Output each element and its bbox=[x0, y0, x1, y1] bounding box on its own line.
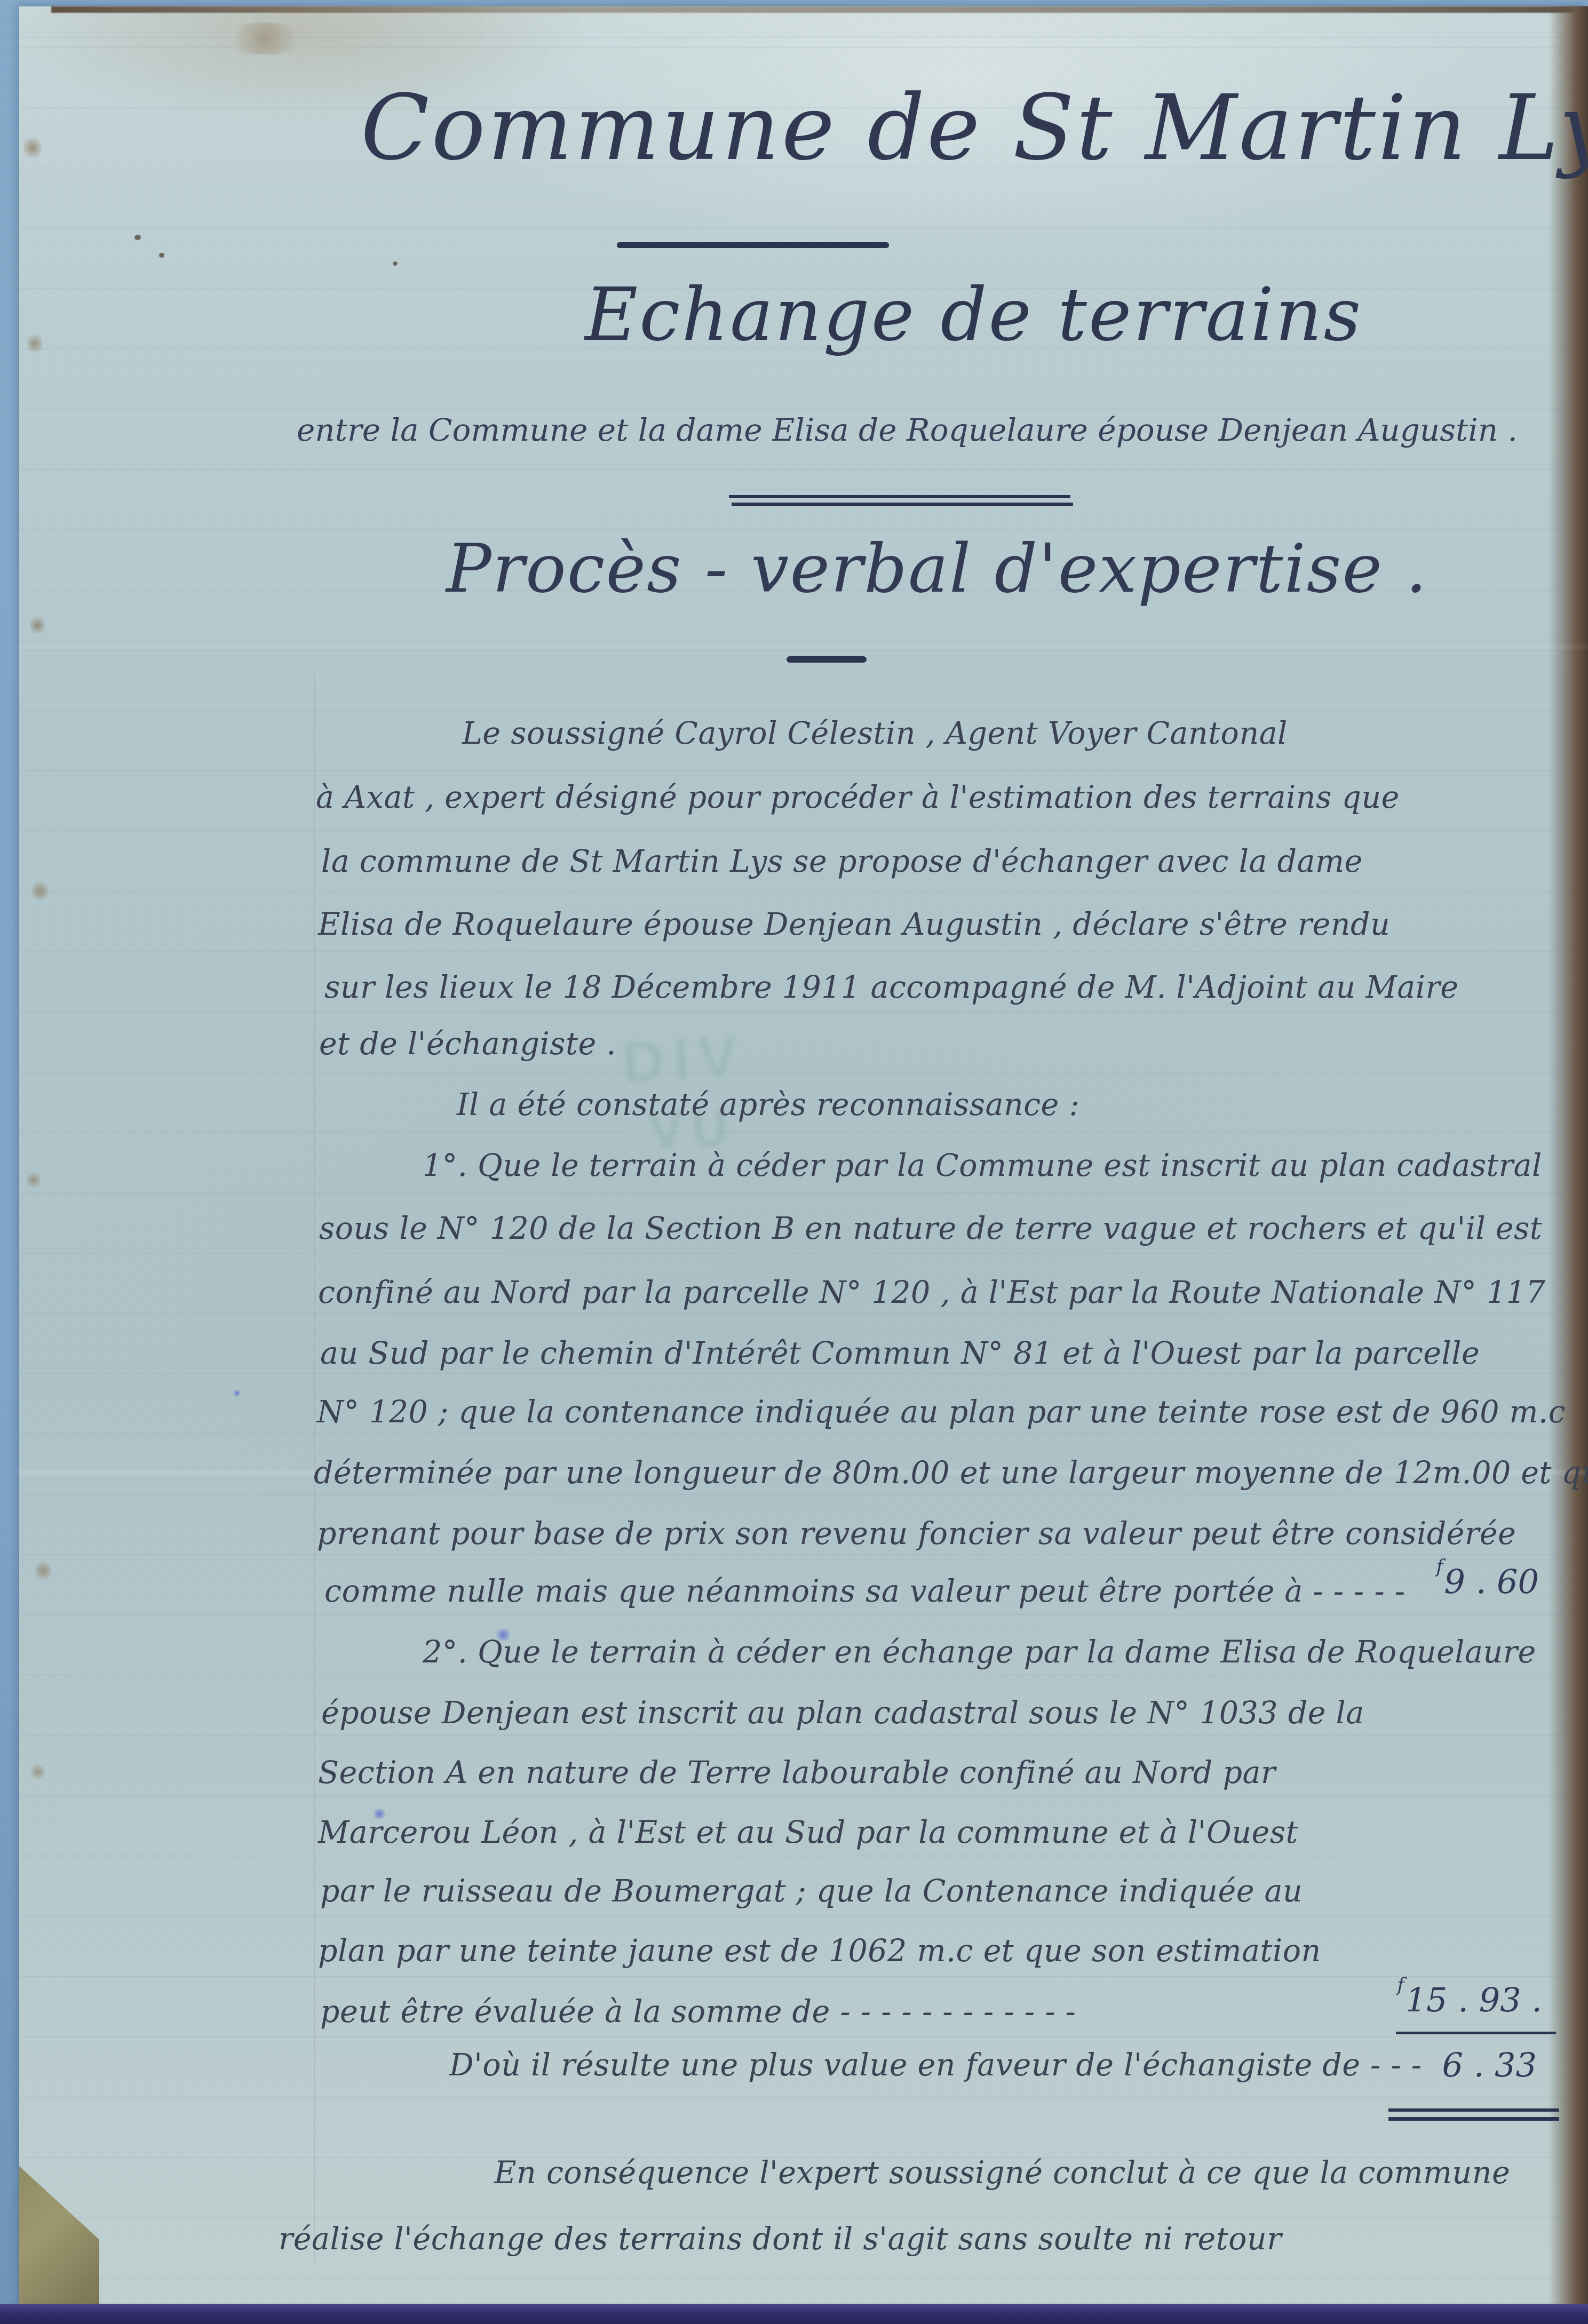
manuscript-line: 2°. Que le terrain à céder en échange pa… bbox=[423, 1635, 1536, 1670]
amount-value: 15 . 93 . bbox=[1406, 1980, 1542, 2019]
total-double-rule-bottom bbox=[1388, 2117, 1559, 2121]
manuscript-line: à Axat , expert désigné pour procéder à … bbox=[316, 780, 1400, 815]
manuscript-line: prenant pour base de prix son revenu fon… bbox=[317, 1516, 1516, 1551]
commune-title: Commune de St Martin Lys. bbox=[361, 76, 1588, 180]
amount-second-parcel: f15 . 93 . bbox=[1397, 1980, 1542, 2019]
paper-crease bbox=[19, 646, 1588, 649]
subtitle-double-rule-top bbox=[729, 495, 1070, 498]
sum-rule bbox=[1396, 2032, 1556, 2034]
manuscript-line: Marcerou Léon , à l'Est et au Sud par la… bbox=[318, 1815, 1298, 1850]
manuscript-line: épouse Denjean est inscrit au plan cadas… bbox=[321, 1696, 1364, 1731]
manuscript-paper: DIV VU Commune de St Martin Lys. Echange… bbox=[19, 6, 1588, 2307]
title-underline bbox=[617, 242, 889, 248]
section-heading: Procès - verbal d'expertise . bbox=[446, 529, 1428, 608]
subtitle-double-rule-bottom bbox=[732, 503, 1073, 506]
stamp-bleedthrough: DIV bbox=[621, 1022, 748, 1096]
manuscript-line: Elisa de Roquelaure épouse Denjean Augus… bbox=[318, 907, 1390, 942]
stain-spot bbox=[35, 1559, 51, 1582]
manuscript-line: comme nulle mais que néanmoins sa valeur… bbox=[324, 1574, 1406, 1609]
ink-smudge bbox=[233, 1389, 241, 1397]
stain-spot bbox=[31, 1762, 45, 1782]
stain-spot bbox=[27, 1169, 41, 1191]
document-title: Echange de terrains bbox=[585, 273, 1362, 357]
stain-spot bbox=[23, 134, 42, 161]
manuscript-line: N° 120 ; que la contenance indiquée au p… bbox=[317, 1395, 1566, 1430]
franc-symbol: f bbox=[1436, 1556, 1443, 1578]
document-subtitle: entre la Commune et la dame Elisa de Roq… bbox=[297, 412, 1518, 448]
stain-spot bbox=[32, 879, 48, 903]
manuscript-line: 1°. Que le terrain à céder par la Commun… bbox=[423, 1148, 1542, 1183]
pinhole-speck bbox=[159, 253, 164, 258]
manuscript-line: au Sud par le chemin d'Intérêt Commun N°… bbox=[320, 1336, 1480, 1371]
total-double-rule-top bbox=[1388, 2108, 1559, 2112]
manuscript-line: confiné au Nord par la parcelle N° 120 ,… bbox=[318, 1275, 1545, 1310]
section-underline bbox=[787, 656, 867, 663]
manuscript-line: sur les lieux le 18 Décembre 1911 accomp… bbox=[324, 970, 1459, 1005]
manuscript-line: sous le N° 120 de la Section B en nature… bbox=[319, 1211, 1542, 1246]
paper-top-edge bbox=[51, 6, 1588, 13]
stain-spot bbox=[27, 332, 43, 355]
manuscript-line: déterminée par une longueur de 80m.00 et… bbox=[314, 1455, 1588, 1491]
stain-spot bbox=[222, 22, 307, 54]
amount-first-parcel: f9 . 60 bbox=[1436, 1562, 1539, 1601]
pinhole-speck bbox=[393, 261, 398, 266]
manuscript-line: D'où il résulte une plus value en faveur… bbox=[449, 2048, 1422, 2083]
amount-plus-value: 6 . 33 bbox=[1442, 2046, 1537, 2084]
amount-value: 6 . 33 bbox=[1442, 2046, 1537, 2084]
manuscript-line: par le ruisseau de Boumergat ; que la Co… bbox=[320, 1874, 1303, 1909]
scan-bed-bottom-band bbox=[0, 2304, 1588, 2324]
manuscript-line: et de l'échangiste . bbox=[319, 1026, 616, 1062]
amount-value: 9 . 60 bbox=[1444, 1562, 1539, 1601]
manuscript-line: plan par une teinte jaune est de 1062 m.… bbox=[318, 1933, 1321, 1969]
manuscript-line: la commune de St Martin Lys se propose d… bbox=[321, 844, 1363, 879]
manuscript-line: réalise l'échange des terrains dont il s… bbox=[279, 2222, 1282, 2257]
manuscript-line: peut être évaluée à la somme de - - - - … bbox=[320, 1994, 1076, 2029]
paper-folded-corner bbox=[19, 2166, 99, 2307]
pinhole-speck bbox=[134, 235, 141, 240]
manuscript-line: Le soussigné Cayrol Célestin , Agent Voy… bbox=[462, 716, 1288, 751]
manuscript-line: Section A en nature de Terre labourable … bbox=[318, 1755, 1276, 1790]
manuscript-line: En conséquence l'expert soussigné conclu… bbox=[494, 2155, 1510, 2191]
franc-symbol: f bbox=[1397, 1974, 1404, 1996]
manuscript-line: Il a été constaté après reconnaissance : bbox=[457, 1087, 1079, 1123]
stain-spot bbox=[30, 615, 45, 636]
paper-right-edge-shadow bbox=[1549, 6, 1588, 2307]
scanned-document-page: { "colors": { "paper": "#b2c7cc", "ink":… bbox=[0, 0, 1588, 2324]
